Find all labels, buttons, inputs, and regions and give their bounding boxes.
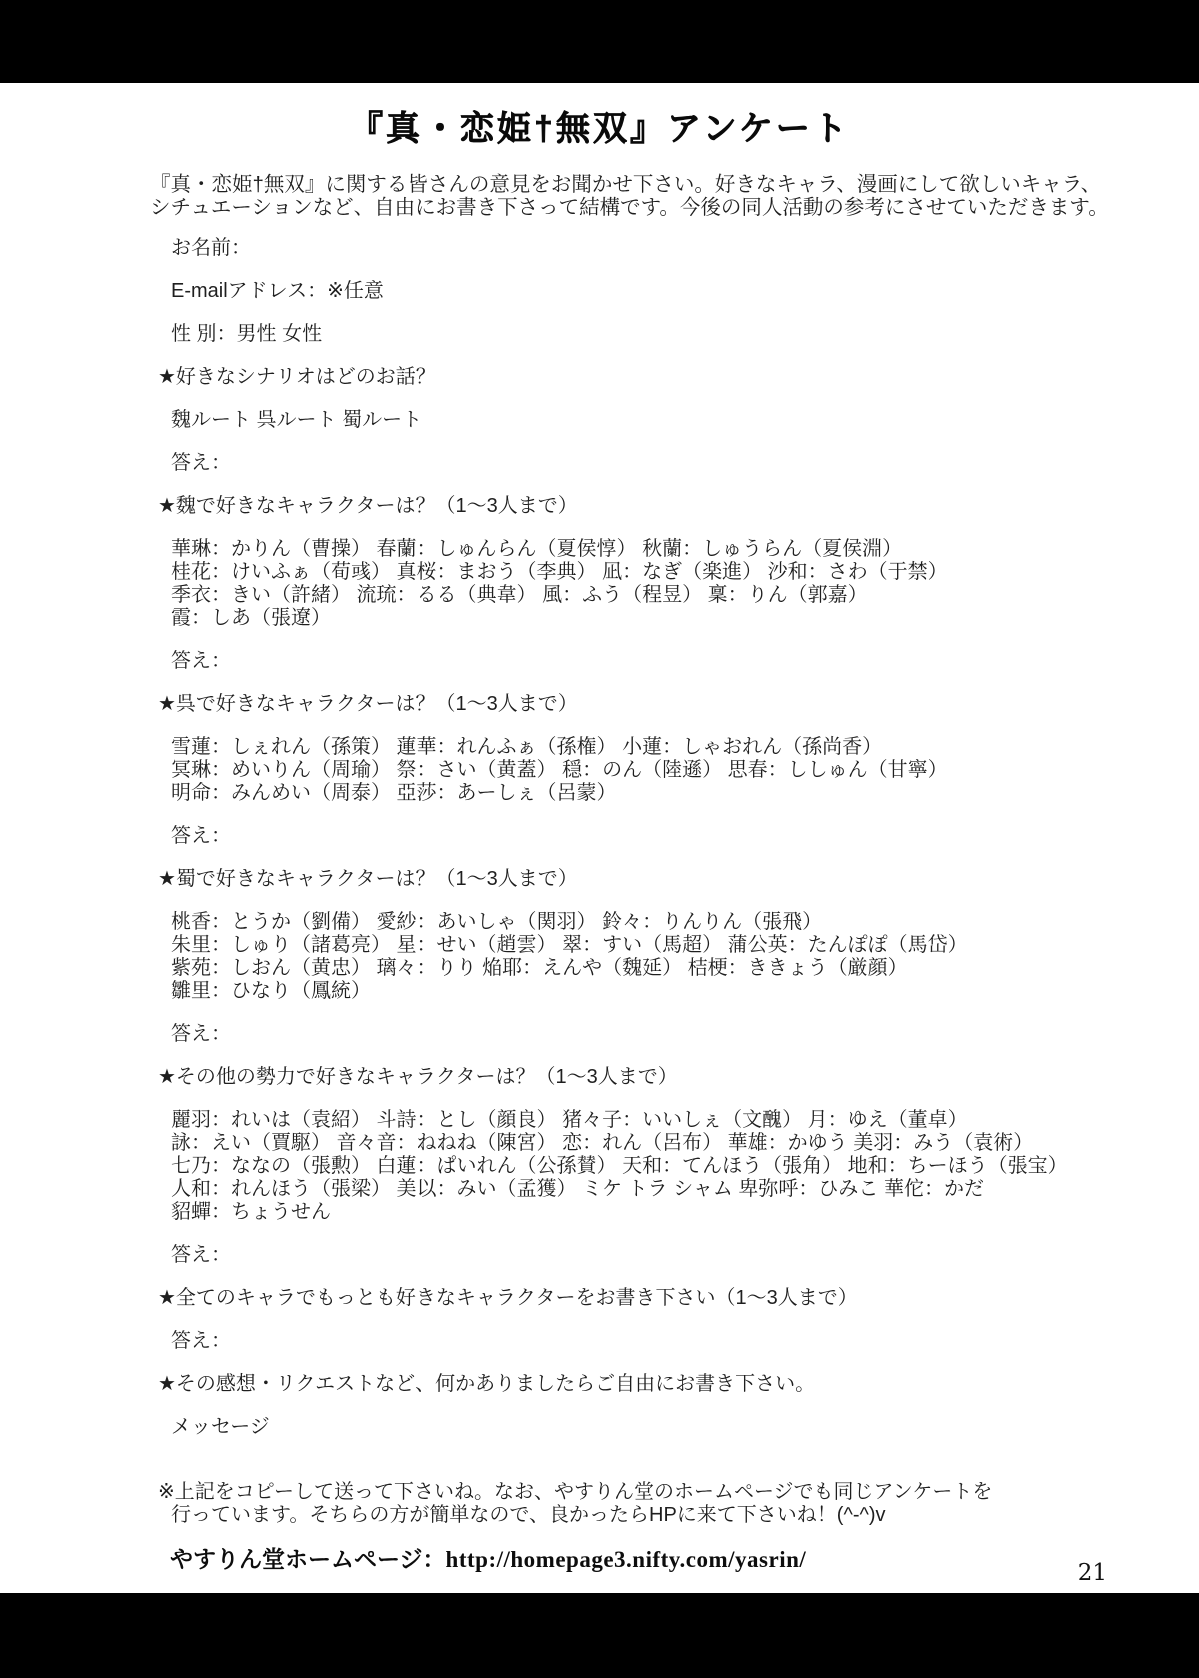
- options-line: 七乃：ななの（張勲） 白蓮：ぱいれん（公孫賛） 天和：てんほう（張角） 地和：ち…: [171, 1155, 1199, 1178]
- options-line: 雪蓮：しぇれん（孫策） 蓮華：れんふぁ（孫権） 小蓮：しゃおれん（孫尚香）: [171, 736, 1199, 759]
- form-field-label: E-mailアドレス：※任意: [171, 280, 1199, 303]
- footer-note: ※上記をコピーして送って下さいね。なお、やすりん堂のホームページでも同じアンケー…: [158, 1481, 1199, 1527]
- question-label: ★魏で好きなキャラクターは？（1〜3人まで）: [158, 495, 1199, 518]
- question-block: ★全てのキャラでもっとも好きなキャラクターをお書き下さい（1〜3人まで）: [158, 1287, 1199, 1310]
- answer-block: 答え：: [171, 452, 1199, 475]
- form-field-label: お名前：: [171, 237, 1199, 260]
- options-line: 華琳：かりん（曹操） 春蘭：しゅんらん（夏侯惇） 秋蘭：しゅうらん（夏侯淵）: [171, 538, 1199, 561]
- survey-body: お名前：E-mailアドレス：※任意性 別：男性 女性★好きなシナリオはどのお話…: [158, 237, 1199, 1439]
- options-line: 桂花：けいふぁ（荀彧） 真桜：まおう（李典） 凪：なぎ（楽進） 沙和：さわ（于禁…: [171, 561, 1199, 584]
- question-block: ★その他の勢力で好きなキャラクターは？（1〜3人まで）: [158, 1066, 1199, 1089]
- homepage-line: やすりん堂ホームページ：http://homepage3.nifty.com/y…: [170, 1541, 1199, 1574]
- page-number: 21: [1078, 1560, 1107, 1586]
- message-block: メッセージ: [171, 1416, 1199, 1439]
- options-line: 朱里：しゅり（諸葛亮） 星：せい（趙雲） 翠：すい（馬超） 蒲公英：たんぽぽ（馬…: [171, 934, 1199, 957]
- footer-note-line-2: 行っています。そちらの方が簡単なので、良かったらHPに来て下さいね！(^-^)v: [171, 1504, 1199, 1527]
- field-block: お名前：: [171, 237, 1199, 260]
- options-line: 麗羽：れいは（袁紹） 斗詩：とし（顔良） 猪々子：いいしぇ（文醜） 月：ゆえ（董…: [171, 1109, 1199, 1132]
- answer-block: 答え：: [171, 1023, 1199, 1046]
- options-line: 冥琳：めいりん（周瑜） 祭：さい（黄蓋） 穏：のん（陸遜） 思春：ししゅん（甘寧…: [171, 759, 1199, 782]
- options-line: 魏ルート 呉ルート 蜀ルート: [171, 409, 1199, 432]
- answer-block: 答え：: [171, 825, 1199, 848]
- options-block: 麗羽：れいは（袁紹） 斗詩：とし（顔良） 猪々子：いいしぇ（文醜） 月：ゆえ（董…: [171, 1109, 1199, 1224]
- intro-line-2: シチュエーションなど、自由にお書き下さって結構です。今後の同人活動の参考にさせて…: [150, 196, 1159, 219]
- homepage-url: http://homepage3.nifty.com/yasrin/: [446, 1547, 807, 1572]
- page-title: 『真・恋姫†無双』アンケート: [0, 101, 1199, 150]
- question-block: ★その感想・リクエストなど、何かありましたらご自由にお書き下さい。: [158, 1373, 1199, 1396]
- question-label: ★その他の勢力で好きなキャラクターは？（1〜3人まで）: [158, 1066, 1199, 1089]
- survey-page: 『真・恋姫†無双』アンケート 『真・恋姫†無双』に関する皆さんの意見をお聞かせ下…: [0, 83, 1199, 1574]
- intro-line-1: 『真・恋姫†無双』に関する皆さんの意見をお聞かせ下さい。好きなキャラ、漫画にして…: [150, 173, 1159, 196]
- question-block: ★魏で好きなキャラクターは？（1〜3人まで）: [158, 495, 1199, 518]
- options-block: 雪蓮：しぇれん（孫策） 蓮華：れんふぁ（孫権） 小蓮：しゃおれん（孫尚香）冥琳：…: [171, 736, 1199, 805]
- question-label: ★全てのキャラでもっとも好きなキャラクターをお書き下さい（1〜3人まで）: [158, 1287, 1199, 1310]
- options-block: 魏ルート 呉ルート 蜀ルート: [171, 409, 1199, 432]
- options-line: 雛里：ひなり（鳳統）: [171, 980, 1199, 1003]
- question-block: ★好きなシナリオはどのお話？: [158, 366, 1199, 389]
- top-border: [0, 0, 1199, 83]
- options-line: 人和：れんほう（張梁） 美以：みい（孟獲） ミケ トラ シャム 卑弥呼：ひみこ …: [171, 1178, 1199, 1201]
- answer-label: 答え：: [171, 825, 1199, 848]
- answer-label: 答え：: [171, 1330, 1199, 1353]
- options-block: 桃香：とうか（劉備） 愛紗：あいしゃ（関羽） 鈴々：りんりん（張飛）朱里：しゅり…: [171, 911, 1199, 1003]
- field-block: E-mailアドレス：※任意: [171, 280, 1199, 303]
- question-label: ★呉で好きなキャラクターは？（1〜3人まで）: [158, 693, 1199, 716]
- form-field-label: 性 別：男性 女性: [171, 323, 1199, 346]
- question-label: ★その感想・リクエストなど、何かありましたらご自由にお書き下さい。: [158, 1373, 1199, 1396]
- answer-label: 答え：: [171, 452, 1199, 475]
- homepage-label: やすりん堂ホームページ：: [170, 1546, 446, 1572]
- bottom-border: [0, 1593, 1199, 1678]
- answer-block: 答え：: [171, 650, 1199, 673]
- question-label: ★好きなシナリオはどのお話？: [158, 366, 1199, 389]
- answer-label: 答え：: [171, 1023, 1199, 1046]
- question-block: ★蜀で好きなキャラクターは？（1〜3人まで）: [158, 868, 1199, 891]
- intro-paragraph: 『真・恋姫†無双』に関する皆さんの意見をお聞かせ下さい。好きなキャラ、漫画にして…: [150, 173, 1159, 219]
- options-line: 貂蟬：ちょうせん: [171, 1201, 1199, 1224]
- footer-note-line-1: ※上記をコピーして送って下さいね。なお、やすりん堂のホームページでも同じアンケー…: [158, 1481, 1199, 1504]
- answer-label: 答え：: [171, 650, 1199, 673]
- field-block: 性 別：男性 女性: [171, 323, 1199, 346]
- options-line: 季衣：きい（許緒） 流琉：るる（典韋） 風：ふう（程昱） 稟：りん（郭嘉）: [171, 584, 1199, 607]
- options-line: 詠：えい（賈駆） 音々音：ねねね（陳宮） 恋：れん（呂布） 華雄：かゆう 美羽：…: [171, 1132, 1199, 1155]
- options-line: 紫苑：しおん（黄忠） 璃々：りり 焔耶：えんや（魏延） 桔梗：ききょう（厳顔）: [171, 957, 1199, 980]
- answer-block: 答え：: [171, 1330, 1199, 1353]
- answer-block: 答え：: [171, 1244, 1199, 1267]
- options-line: 霞：しあ（張遼）: [171, 607, 1199, 630]
- answer-label: 答え：: [171, 1244, 1199, 1267]
- question-block: ★呉で好きなキャラクターは？（1〜3人まで）: [158, 693, 1199, 716]
- options-block: 華琳：かりん（曹操） 春蘭：しゅんらん（夏侯惇） 秋蘭：しゅうらん（夏侯淵）桂花…: [171, 538, 1199, 630]
- question-label: ★蜀で好きなキャラクターは？（1〜3人まで）: [158, 868, 1199, 891]
- options-line: 桃香：とうか（劉備） 愛紗：あいしゃ（関羽） 鈴々：りんりん（張飛）: [171, 911, 1199, 934]
- message-label: メッセージ: [171, 1416, 1199, 1439]
- options-line: 明命：みんめい（周泰） 亞莎：あーしぇ（呂蒙）: [171, 782, 1199, 805]
